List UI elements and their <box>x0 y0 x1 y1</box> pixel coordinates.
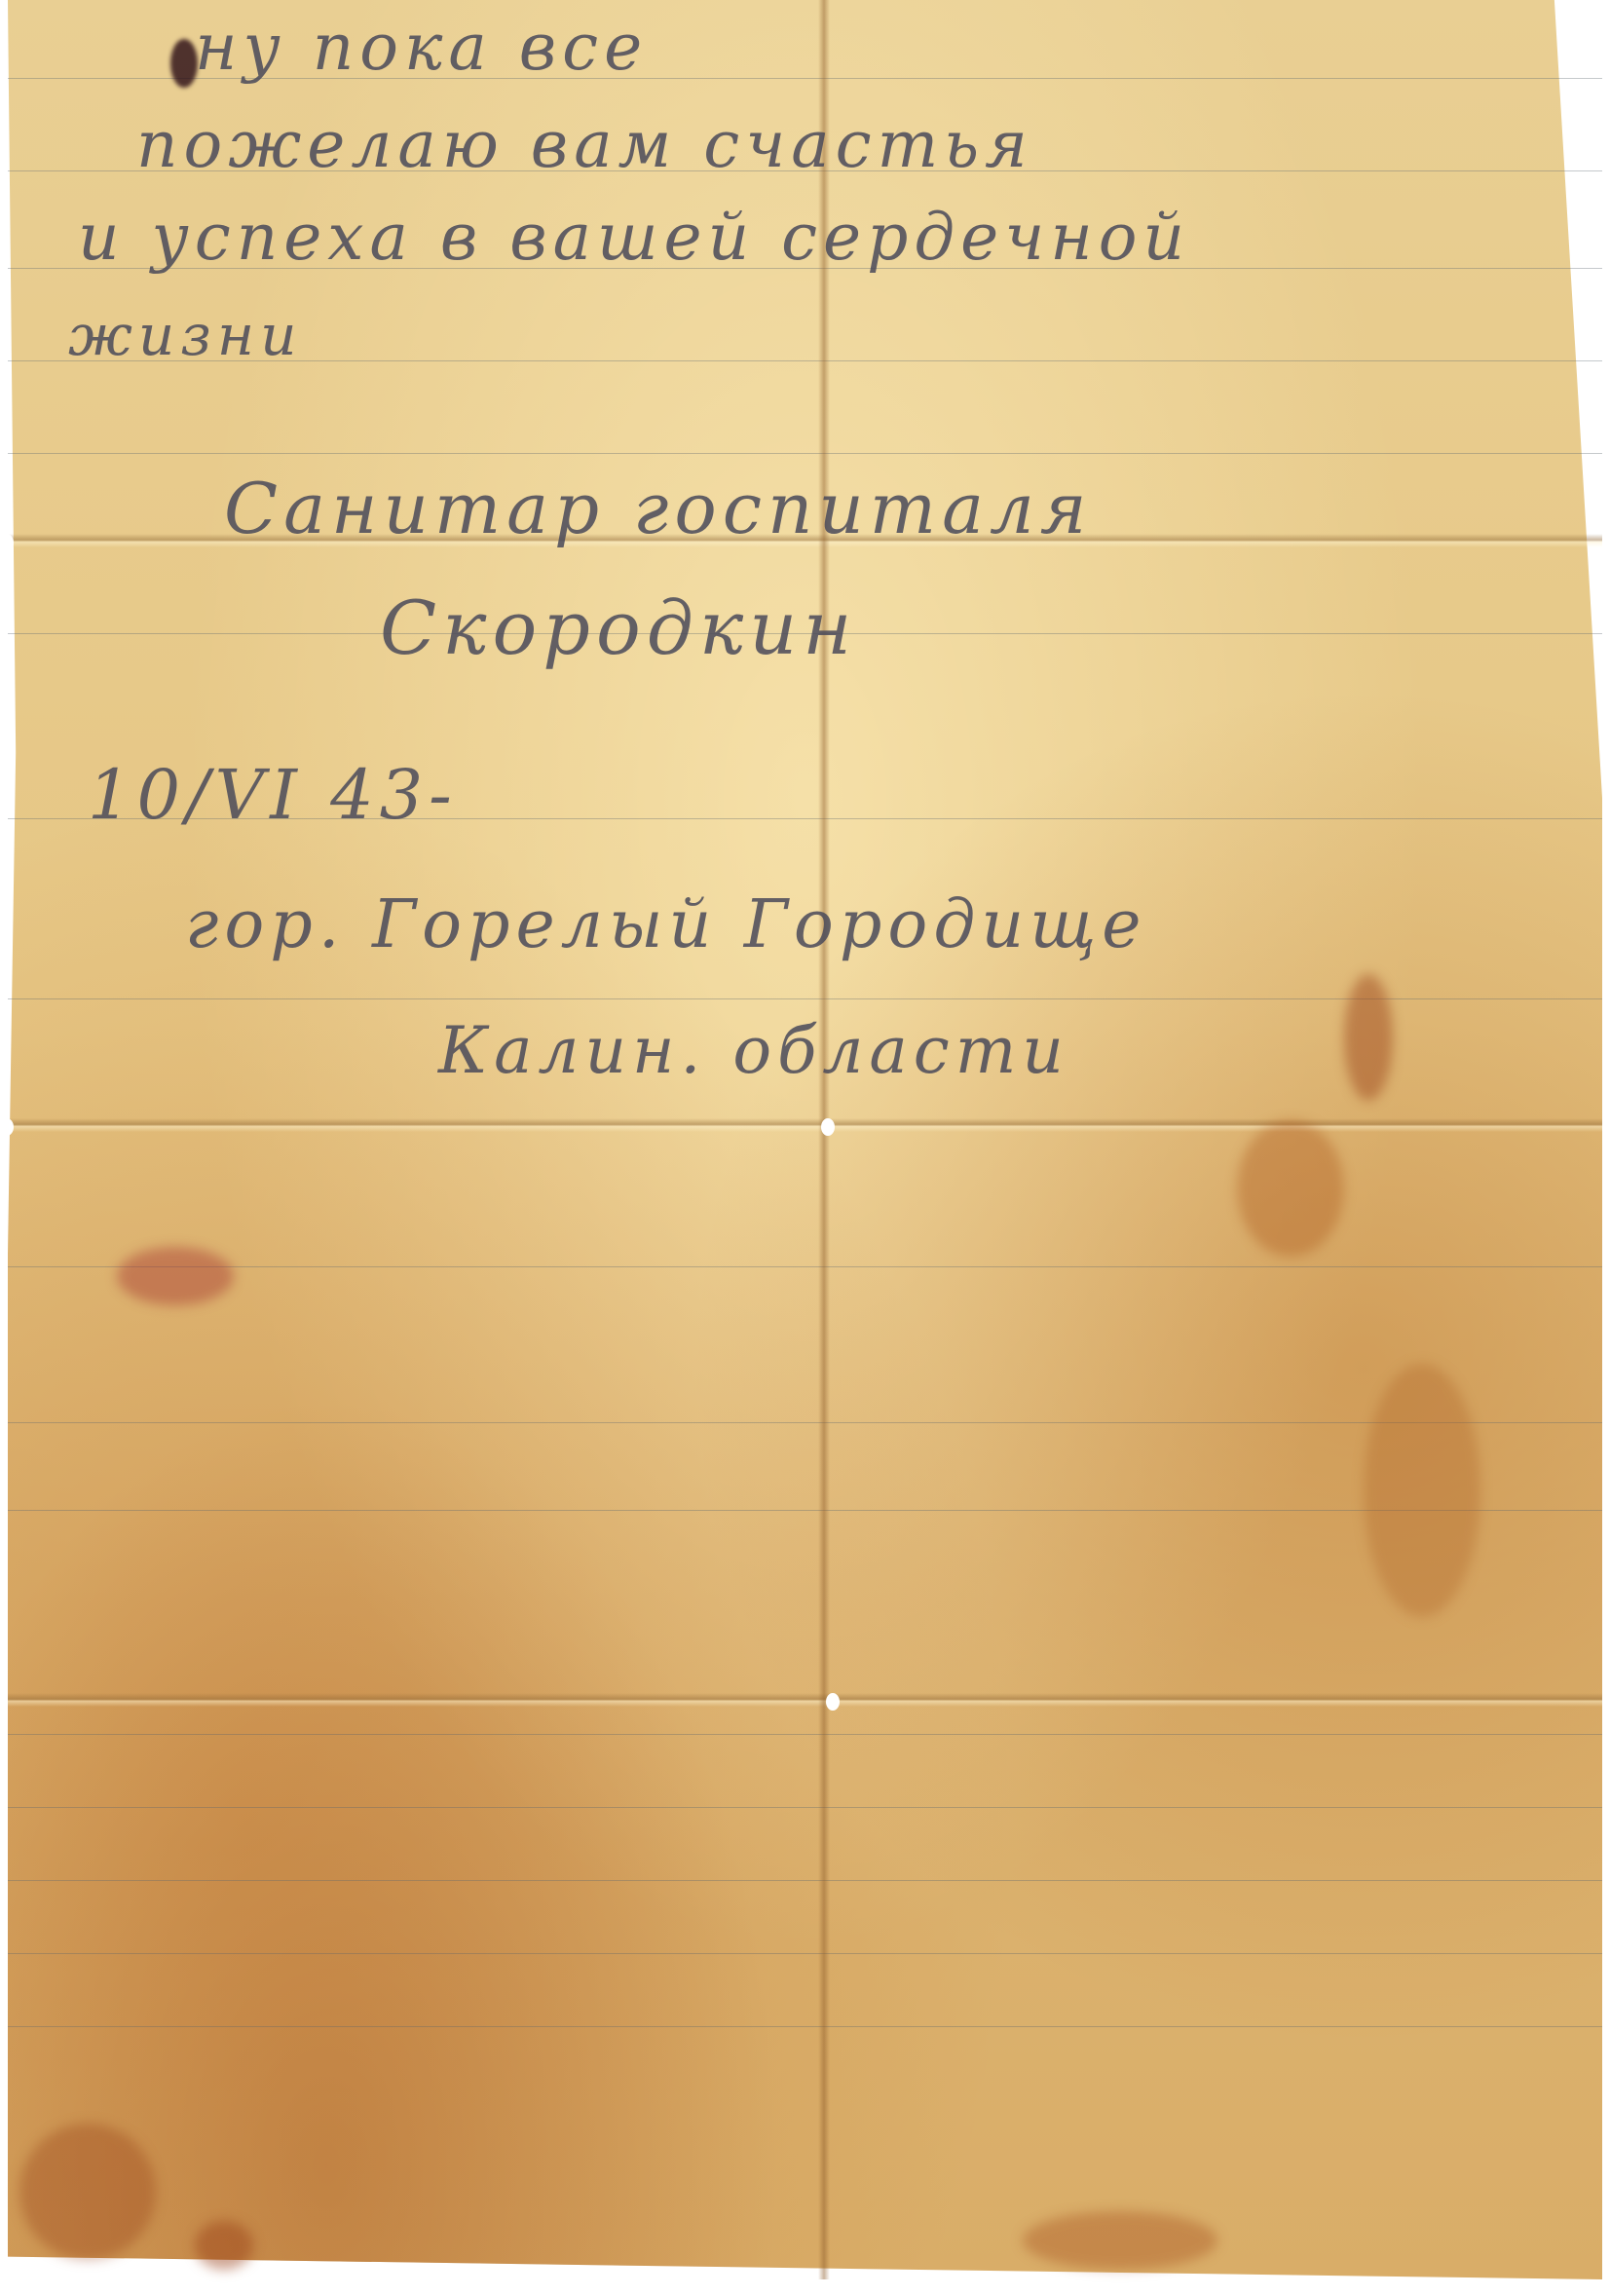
location-line-1: гор. Горелый Городище <box>185 886 1147 963</box>
fold-crease-vertical <box>818 0 830 2279</box>
rust-stain <box>1237 1120 1344 1257</box>
letter-date: 10/VI 43- <box>88 755 458 835</box>
signature-title: Санитар госпиталя <box>224 468 1093 549</box>
ruled-line <box>8 1807 1602 1808</box>
ruled-line <box>8 453 1602 454</box>
rust-stain <box>19 2124 156 2260</box>
ink-blot <box>170 39 198 88</box>
rust-stain <box>1344 974 1393 1101</box>
ruled-line <box>8 1510 1602 1511</box>
handwritten-line-2: пожелаю вам счастья <box>136 107 1033 182</box>
ruled-line <box>8 1266 1602 1267</box>
paper-hole <box>0 1118 14 1136</box>
signature-name: Скородкин <box>380 584 857 671</box>
fold-crease <box>8 1693 1602 1707</box>
location-line-2: Калин. области <box>438 1013 1069 1088</box>
paper-hole <box>821 1118 835 1136</box>
rust-stain <box>195 2221 253 2270</box>
rust-stain <box>1364 1364 1480 1617</box>
fold-crease <box>8 1118 1602 1132</box>
paper-hole <box>826 1693 840 1711</box>
handwritten-line-3: и успеха в вашей сердечной <box>78 200 1190 275</box>
ruled-line <box>8 1734 1602 1735</box>
ruled-line <box>8 2026 1602 2027</box>
ruled-line <box>8 1880 1602 1881</box>
ruled-line <box>8 1422 1602 1423</box>
ruled-line <box>8 1953 1602 1954</box>
rust-stain <box>1023 2211 1217 2270</box>
rust-stain <box>117 1247 234 1305</box>
paper-hole <box>0 534 14 551</box>
handwritten-line-4: жизни <box>68 302 302 368</box>
handwritten-line-1: ну пока все <box>195 10 648 85</box>
